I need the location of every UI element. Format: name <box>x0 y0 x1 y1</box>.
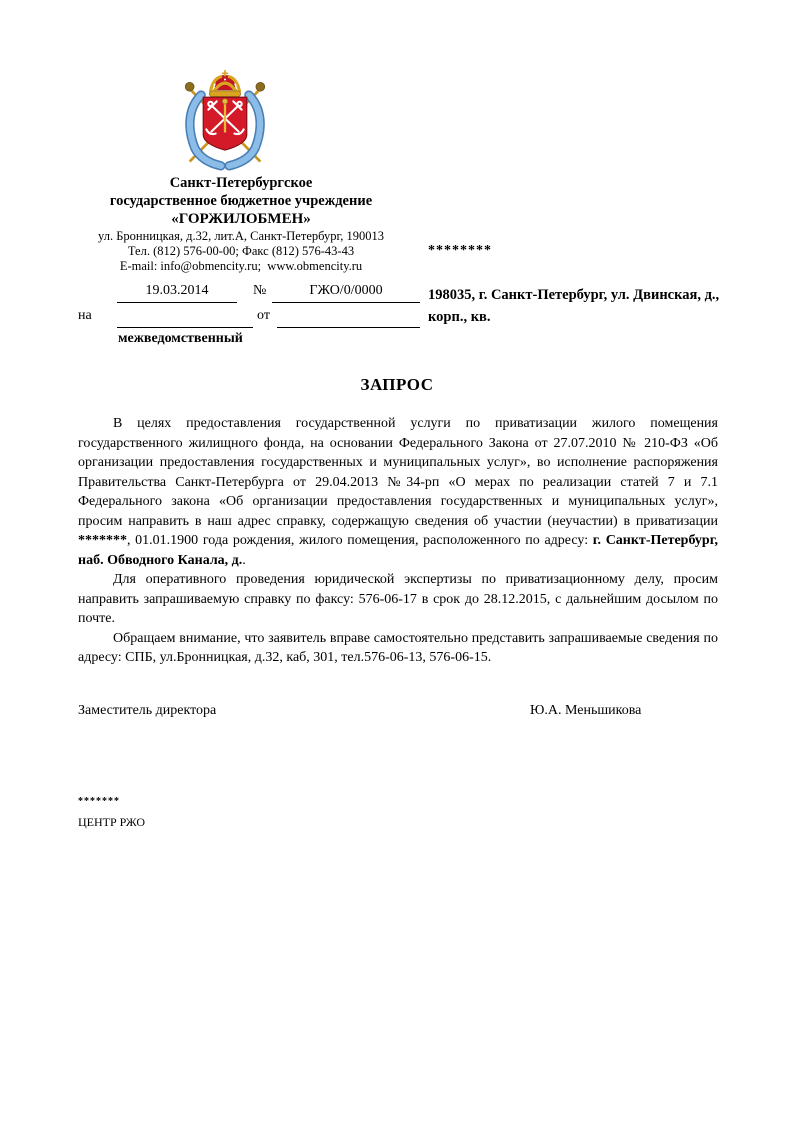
ref-form: 19.03.2014 № ГЖО/0/0000 на от межведомст… <box>60 283 422 347</box>
na-blank-line <box>117 308 253 328</box>
paragraph-3: Обращаем внимание, что заявитель вправе … <box>78 629 718 668</box>
org-email: E-mail: info@obmencity.ru; www.obmencity… <box>60 259 422 274</box>
org-phones: Тел. (812) 576-00-00; Факс (812) 576-43-… <box>60 244 422 259</box>
ot-blank-line <box>277 308 420 328</box>
recipient-address: 198035, г. Санкт-Петербург, ул. Двинская… <box>428 284 750 328</box>
p1-text-3: . <box>242 553 246 568</box>
paragraph-1: В целях предоставления государственной у… <box>78 414 718 570</box>
p1-text-1: В целях предоставления государственной у… <box>78 416 718 529</box>
footer-org-short: ЦЕНТР РЖО <box>78 815 145 830</box>
ref-row-date-number: 19.03.2014 № ГЖО/0/0000 <box>60 283 422 305</box>
spb-coat-of-arms-icon <box>172 66 278 172</box>
org-name-line3: «ГОРЖИЛОБМЕН» <box>60 210 422 229</box>
ref-number-field: ГЖО/0/0000 <box>272 283 420 303</box>
org-header: Санкт-Петербургское государственное бюдж… <box>60 174 422 274</box>
document-title: ЗАПРОС <box>0 375 794 395</box>
ref-note: межведомственный <box>118 331 422 347</box>
recipient-masked-name: ******** <box>428 243 492 259</box>
org-name-line2: государственное бюджетное учреждение <box>60 192 422 210</box>
p1-masked-name: ******* <box>78 533 127 548</box>
document-body: В целях предоставления государственной у… <box>78 414 718 668</box>
org-name-line1: Санкт-Петербургское <box>60 174 422 192</box>
na-label: на <box>78 308 92 324</box>
document-page: Санкт-Петербургское государственное бюдж… <box>0 0 794 1123</box>
p1-text-2: , 01.01.1900 года рождения, жилого помещ… <box>127 533 593 548</box>
signer-name: Ю.А. Меньшикова <box>530 703 641 719</box>
footer-masked-code: ******* <box>78 796 120 807</box>
number-sign: № <box>253 283 266 299</box>
org-address: ул. Бронницкая, д.32, лит.А, Санкт-Петер… <box>60 229 422 244</box>
ref-row-na-ot: на от <box>60 305 422 327</box>
paragraph-2: Для оперативного проведения юридической … <box>78 570 718 629</box>
ref-date-field: 19.03.2014 <box>117 283 237 303</box>
ot-label: от <box>257 308 270 324</box>
signer-position: Заместитель директора <box>78 703 216 719</box>
